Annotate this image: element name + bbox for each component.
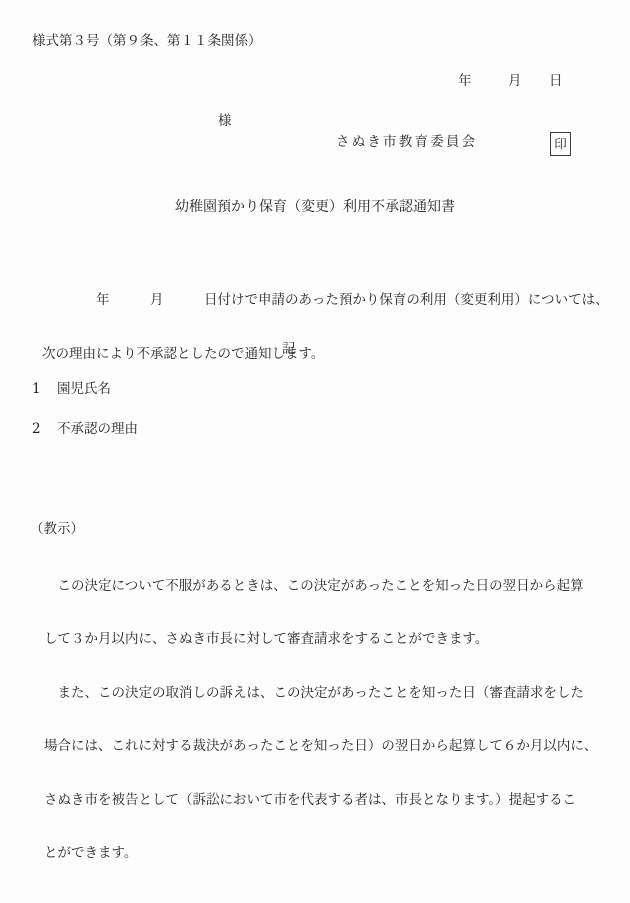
addressee-honorific: 様 <box>218 114 232 129</box>
notification-body: 年 月 日付けで申請のあった預かり保育の利用（変更利用）については、 次の理由に… <box>42 257 609 397</box>
appeal-notice-text: この決定について不服があるときは、この決定があったことを知った日の翌日から起算 … <box>44 544 597 896</box>
item-2-label-reason: 不承認の理由 <box>57 422 138 437</box>
appeal-notice-line: 場合には、これに対する裁決があったことを知った日）の翌日から起算して６か月以内に… <box>44 736 597 757</box>
appeal-notice-line: さぬき市を被告として（訴訟において市を代表する者は、市長となります。）提起するこ <box>44 790 597 811</box>
document-page: 様式第３号（第９条、第１１条関係） 年 月 日 様 さぬき市教育委員会 印 幼稚… <box>0 0 630 903</box>
appeal-notice-line: して３か月以内に、さぬき市長に対して審査請求をすることができます。 <box>44 629 597 650</box>
date-year-label: 年 <box>458 74 472 89</box>
item-1-number: 1 <box>32 382 41 397</box>
appeal-notice-line: とができます。 <box>44 843 597 864</box>
seal-placeholder-box: 印 <box>550 132 571 156</box>
item-1-label-child-name: 園児氏名 <box>57 382 111 397</box>
appeal-notice-heading: （教示） <box>30 522 84 537</box>
form-number: 様式第３号（第９条、第１１条関係） <box>32 34 262 49</box>
date-day-label: 日 <box>549 74 563 89</box>
notification-body-line: 年 月 日付けで申請のあった預かり保育の利用（変更利用）については、 <box>42 289 609 311</box>
document-title: 幼稚園預かり保育（変更）利用不承認通知書 <box>0 196 630 216</box>
issuer-name: さぬき市教育委員会 <box>336 135 477 150</box>
date-month-label: 月 <box>508 74 522 89</box>
item-2-number: 2 <box>32 422 41 437</box>
appeal-notice-line: また、この決定の取消しの訴えは、この決定があったことを知った日（審査請求をした <box>44 683 597 704</box>
appeal-notice-line: この決定について不服があるときは、この決定があったことを知った日の翌日から起算 <box>44 576 597 597</box>
notification-body-line: 次の理由により不承認としたので通知します。 <box>42 343 609 365</box>
record-marker: 記 <box>282 342 296 357</box>
